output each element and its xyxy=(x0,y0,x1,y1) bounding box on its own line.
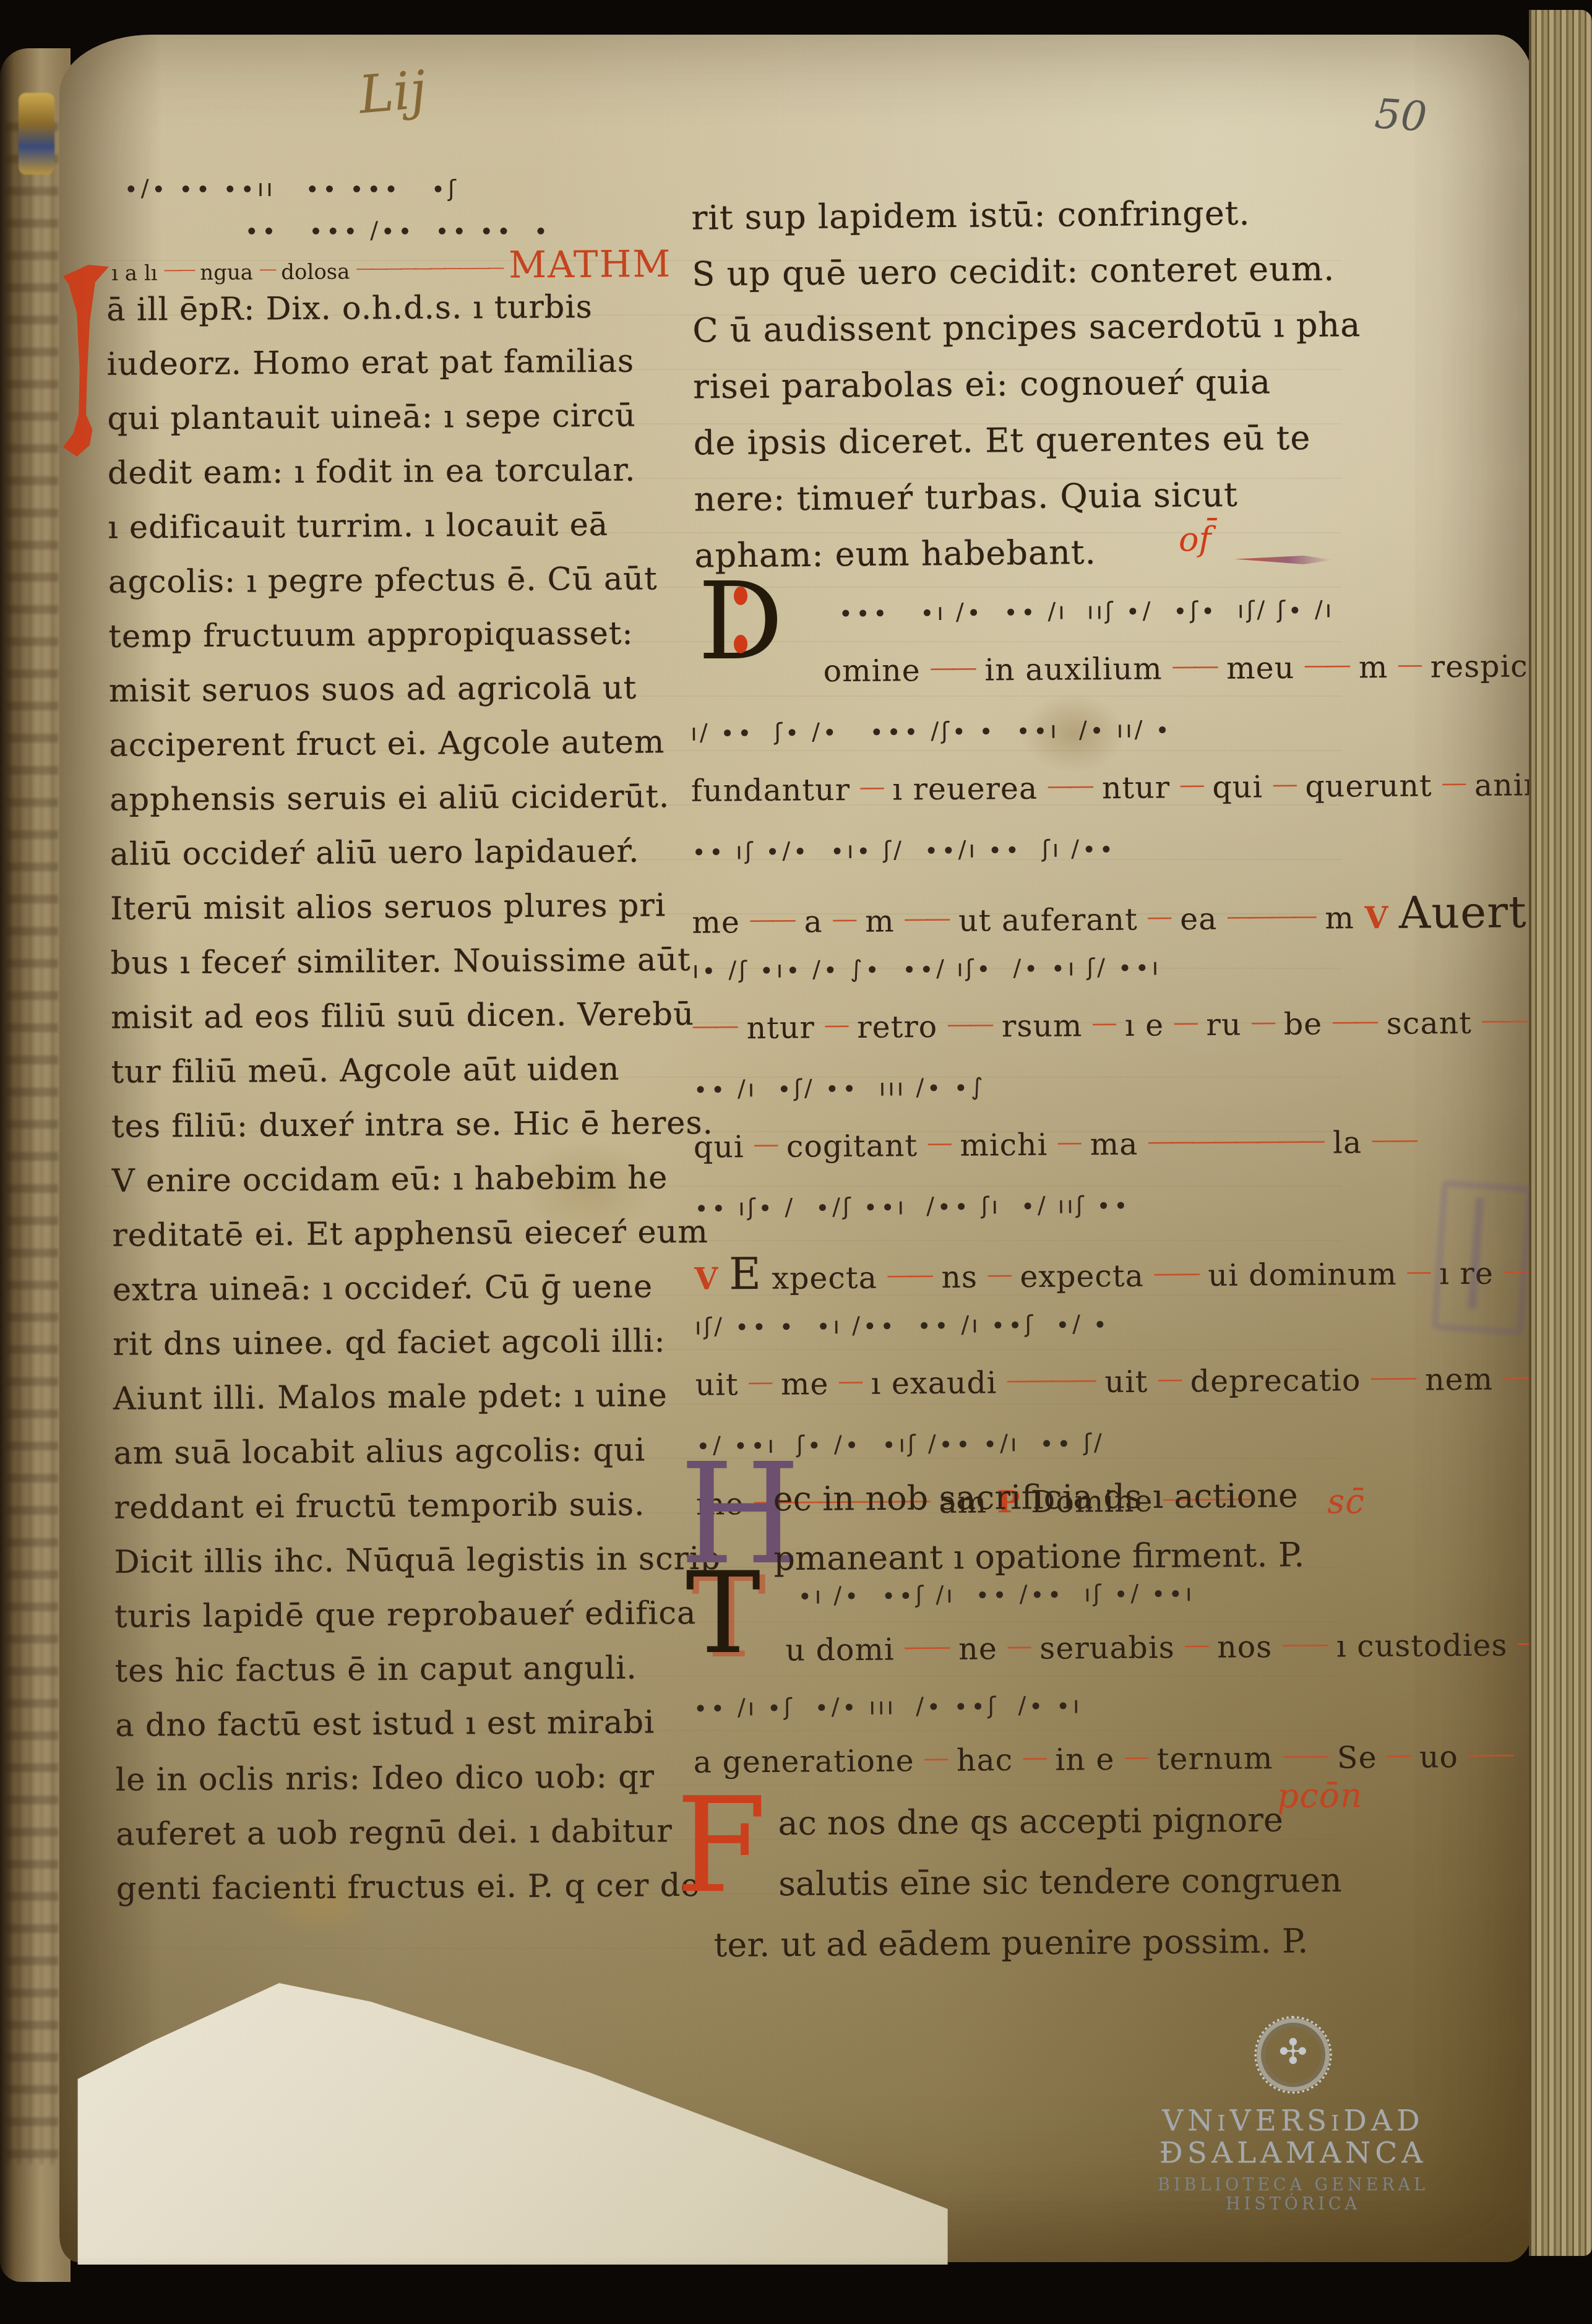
chant-text-line: u domi ―― ne ― seruabis ― nos ―― ı custo… xyxy=(692,1629,1358,1679)
red-filler-stroke: ―― xyxy=(1333,1008,1377,1035)
chant-word: ntur xyxy=(1102,770,1171,806)
chant-word: scant xyxy=(1387,1005,1472,1041)
manuscript-text-line: apphensis seruis ei aliū ciciderūt. xyxy=(110,770,667,827)
red-filler-stroke: ― xyxy=(1093,1010,1115,1037)
chant-entry: ∙ı ∕∙ ∙∙ʃ ∕ı ∙∙ ∕∙∙ ıʃ ∙∕ ∙∙ıu domi ―― n… xyxy=(692,1569,1358,1679)
chant-word: in auxilium xyxy=(984,651,1163,687)
page-stack-fore-edge xyxy=(1529,10,1592,2256)
chant-text-line: omine ―― in auxilium ―― meu ―― m ― respi… xyxy=(690,650,1356,704)
red-filler-stroke: ― xyxy=(1185,1632,1207,1659)
chant-word: me xyxy=(781,1366,829,1402)
red-filler-stroke: ―――― xyxy=(1228,903,1315,931)
manuscript-text-line: turis lapidē que reprobaueŕ edifica xyxy=(114,1586,672,1644)
chant-word: ı a lı xyxy=(111,261,158,286)
folio-number: 50 xyxy=(1373,90,1428,141)
postcommunio-prayer-lines: ac nos dne qs accepti pignoresalutis eīn… xyxy=(778,1789,1367,1976)
chant-entry: ∙∙ ∕ı ∙ʃ∕ ∙∙ ııı ∕∙ ∙∫qui ― cogitant ― m… xyxy=(693,1062,1359,1179)
red-filler-stroke: ― xyxy=(1407,1258,1429,1285)
chant-word: michi xyxy=(960,1127,1048,1163)
red-filler-stroke: ― xyxy=(1125,1744,1147,1771)
chant-word: ru xyxy=(1206,1007,1241,1043)
chant-entry: ∙∙ ıʃ∙ ∕ ∙∕ʃ ∙∙ı ∕∙∙ ʃı ∙∕ ııʃ ∙∙V E xpe… xyxy=(694,1181,1359,1298)
chant-word: ne xyxy=(958,1631,997,1666)
chant-word: expecta xyxy=(1020,1259,1144,1294)
chant-word: ntur xyxy=(746,1010,815,1046)
manuscript-text-line: nere: timueŕ turbas. Quia sicut xyxy=(694,465,1347,527)
chant-entry: ∙∙∙ ∙ı ∕∙ ∙∙ ∕ı ııʃ ∙∕ ∙ʃ∙ ıʃ∕ ʃ∙ ∕ıomin… xyxy=(690,587,1356,704)
red-filler-stroke: ― xyxy=(260,259,275,278)
chant-word: cogitant xyxy=(786,1128,918,1164)
manuscript-text-line: tes filiū: duxeŕ intra se. Hic ē heres. xyxy=(111,1096,669,1154)
neume-row: ∙∙ ∕ı ∙ʃ ∙∕∙ ııı ∕∙ ∙∙ʃ ∕∙ ∙ı xyxy=(693,1681,1359,1745)
red-filler-stroke: ― xyxy=(833,906,855,933)
manuscript-text-line: ı edificauit turrim. ı locauit eā xyxy=(108,497,665,555)
red-filler-stroke: ― xyxy=(825,1012,847,1039)
chant-word: in e xyxy=(1055,1742,1114,1778)
red-filler-stroke: ― xyxy=(1398,652,1421,679)
neume-row: ı∙ ∕ʃ ∙ı∙ ∕∙ ∫∙ ∙∙∕ ıʃ∙ ∕∙ ∙ı ʃ∕ ∙∙ı xyxy=(692,943,1358,1011)
red-filler-stroke: ― xyxy=(1273,771,1295,798)
neume-row: ∙∕∙ ∙∙ ∙∙ıı ∙∙ ∙∙∙ ∙ʃ xyxy=(124,174,458,202)
chant-word: ut auferant xyxy=(958,902,1138,939)
chant-word: dolosa xyxy=(281,259,350,285)
red-filler-stroke: ―― xyxy=(905,1633,949,1661)
red-versicle-mark: V xyxy=(1364,900,1388,936)
red-filler-stroke: ― xyxy=(860,774,882,801)
red-filler-stroke: ― xyxy=(1007,1633,1030,1660)
chant-word: nos xyxy=(1217,1629,1273,1665)
neume-row: ∙∙∙ ∙ı ∕∙ ∙∙ ∕ı ııʃ ∙∕ ∙ʃ∙ ıʃ∕ ʃ∙ ∕ı xyxy=(690,587,1356,655)
manuscript-text-line: rit sup lapidem istū: confringet. xyxy=(691,184,1345,246)
chant-word: m xyxy=(1359,650,1388,685)
watermark-line-3: BIBLIOTECA GENERAL HISTÓRICA xyxy=(1142,2176,1445,2214)
manuscript-text-line: aliū occideŕ aliū uero lapidaueŕ. xyxy=(110,824,667,882)
chant-word: ea xyxy=(1180,902,1218,937)
red-filler-stroke: ―― xyxy=(1482,1007,1526,1034)
manuscript-text-line: salutis eīne sic tendere congruen xyxy=(778,1850,1367,1915)
chant-word: me xyxy=(692,905,740,940)
chant-word: m xyxy=(1325,900,1354,936)
neume-row: ı∕ ∙∙ ʃ∙ ∕∙ ∙∙∙ ∕ʃ∙ ∙ ∙∙ı ∕∙ ıı∕ ∙ xyxy=(691,705,1356,773)
red-filler-stroke: ―― xyxy=(164,260,193,279)
manuscript-text-line: tes hic factus ē in caput anguli. xyxy=(114,1641,672,1698)
manuscript-text-line: bus ı feceŕ similiter. Nouissime aūt xyxy=(110,933,668,991)
chant-word: nem xyxy=(1425,1362,1493,1398)
chant-word: ns xyxy=(941,1260,978,1295)
manuscript-text-line: genti facienti fructus ei. P. q cer de xyxy=(116,1859,674,1916)
red-filler-stroke: ― xyxy=(1442,770,1465,797)
red-filler-stroke: ― xyxy=(1058,1129,1080,1156)
red-filler-stroke: ― xyxy=(1387,1742,1409,1769)
chant-word: qui xyxy=(694,1129,744,1165)
red-filler-stroke: ―――――――― xyxy=(1148,1127,1323,1156)
chant-text-line: qui ― cogitant ― michi ― ma ―――――――― la … xyxy=(694,1125,1359,1179)
chant-word: ternum xyxy=(1156,1741,1273,1776)
chant-word: ngua xyxy=(200,260,253,286)
chant-entry: ∙∙ ∕ı ∙ʃ ∙∕∙ ııı ∕∙ ∙∙ʃ ∕∙ ∙ıa generatio… xyxy=(693,1681,1359,1791)
red-filler-stroke: ― xyxy=(754,1131,777,1158)
chant-word: omine xyxy=(823,653,921,689)
manuscript-text-line: a dno factū est istud ı est mirabi xyxy=(115,1695,673,1753)
chant-word: Se xyxy=(1337,1740,1377,1775)
manuscript-text-line: qui plantauit uineā: ı sepe circū xyxy=(107,389,665,446)
manuscript-text-line: Aiunt illi. Malos male pdet: ı uine xyxy=(113,1369,671,1426)
red-filler-stroke: ― xyxy=(1023,1744,1045,1771)
red-filler-stroke: ―― xyxy=(931,655,975,682)
right-text-column: rit sup lapidem istū: confringet.S up qu… xyxy=(691,184,1348,583)
manuscript-photo: Lij 50 ∙∕∙ ∙∙ ∙∙ıı ∙∙ ∙∙∙ ∙ʃ ∙∙ ∙∙∙ ∕∙∙ … xyxy=(0,0,1592,2324)
manuscript-text-line: le in oclis nris: Ideo dico uob: qr xyxy=(115,1750,673,1807)
manuscript-text-line: misit ad eos filiū suū dicen. Verebū xyxy=(111,988,668,1045)
manuscript-text-line: apham: eum habebant. xyxy=(694,522,1348,583)
red-filler-stroke: ― xyxy=(927,1130,950,1157)
manuscript-text-line: ac nos dne qs accepti pignore xyxy=(778,1789,1366,1854)
chant-text-line: uit ― me ― ı exaudi ―――― uit ― deprecati… xyxy=(695,1362,1361,1417)
red-filler-stroke: ― xyxy=(1180,772,1202,799)
chant-word: querunt xyxy=(1305,768,1432,804)
quire-mark: Lij xyxy=(356,59,429,125)
manuscript-text-line: misit seruos suos ad agricolā ut xyxy=(109,661,666,718)
chant-word: rsum xyxy=(1002,1008,1083,1044)
manuscript-text-line: Dicit illis ihc. Nūquā legistis in scrip xyxy=(114,1532,671,1590)
red-versicle-mark: V xyxy=(694,1260,718,1296)
red-filler-stroke: ― xyxy=(1148,903,1170,931)
red-filler-stroke: ―― xyxy=(1305,652,1349,679)
manuscript-text-line: reditatē ei. Et apphensū eieceŕ eum xyxy=(112,1205,669,1263)
manuscript-text-line: dedit eam: ı fodit in ea torcular. xyxy=(108,443,665,501)
manuscript-text-line: Iterū misit alios seruos plures pri xyxy=(110,879,668,936)
manuscript-text-line: iudeorz. Homo erat pat familias xyxy=(106,334,664,392)
neume-row: ıʃ∕ ∙∙ ∙ ∙ı ∕∙∙ ∙∙ ∕ı ∙∙ʃ ∙∕ ∙ xyxy=(695,1299,1361,1367)
manuscript-text-line: rit dns uinee. qd faciet agcoli illi: xyxy=(113,1314,670,1372)
manuscript-text-line: extra uineā: ı occideŕ. Cū ḡ uene xyxy=(113,1260,670,1317)
chant-word: fundantur xyxy=(691,772,850,809)
left-text-column: ā ill ēpR: Dix. o.h.d.s. ı turbisiudeorz… xyxy=(106,280,673,1916)
manuscript-text-line: S up quē uero cecidit: conteret eum. xyxy=(692,240,1345,302)
red-filler-stroke: ― xyxy=(988,1261,1010,1288)
previous-folio-text-sliver xyxy=(6,123,58,2164)
red-filler-stroke: ―― xyxy=(1154,1260,1198,1287)
manuscript-text-line: risei parabolas ei: cognoueŕ quia xyxy=(693,353,1346,415)
red-filler-stroke: ―― xyxy=(1468,1741,1512,1768)
chant-word: qui xyxy=(1212,769,1263,805)
watermark-line-2: ĐSALAMANCA xyxy=(1142,2137,1445,2169)
red-filler-stroke: ―― xyxy=(1048,772,1092,799)
manuscript-text-line: tur filiū meū. Agcole aūt uiden xyxy=(111,1042,668,1100)
red-filler-stroke: ―― xyxy=(905,905,949,932)
chant-text-line: V E xpecta ―― ns ― expecta ―― ui dominum… xyxy=(694,1244,1360,1298)
neume-row: ∙∙ ıʃ∙ ∕ ∙∕ʃ ∙∙ı ∕∙∙ ʃı ∙∕ ııʃ ∙∙ xyxy=(694,1181,1359,1249)
chant-word: ui dominum xyxy=(1208,1257,1397,1293)
chant-word: ı e xyxy=(1125,1007,1164,1043)
red-initial-f: F xyxy=(676,1787,767,1904)
chant-word: m xyxy=(865,903,895,939)
neume-row: ∙∙ ıʃ ∙∕∙ ∙ı∙ ʃ∕ ∙∙∕ı ∙∙ ʃı ∕∙∙ xyxy=(691,824,1357,892)
chant-word: retro xyxy=(857,1009,937,1045)
red-filler-stroke: ―― xyxy=(887,1262,931,1289)
red-filler-stroke: ―― xyxy=(692,1012,736,1039)
manuscript-text-line: reddant ei fructū temporib suis. xyxy=(114,1478,671,1535)
spine-headband xyxy=(19,93,54,174)
manuscript-text-line: C ū audissent pncipes sacerdotū ı pha xyxy=(692,296,1346,358)
red-filler-stroke: ―― xyxy=(1283,1631,1327,1658)
chant-word: ı custodies xyxy=(1336,1628,1508,1664)
red-filler-stroke: ― xyxy=(1252,1009,1274,1036)
chant-capital: E xyxy=(729,1248,762,1299)
chant-word: be xyxy=(1284,1007,1323,1042)
chant-text-line: me ―― a ― m ―― ut auferant ― ea ―――― m V… xyxy=(692,887,1358,942)
manuscript-text-line: am suā locabit alius agcolis: qui xyxy=(113,1423,671,1481)
chant-word: hac xyxy=(957,1742,1013,1778)
red-filler-stroke: ―― xyxy=(1372,1127,1416,1154)
manuscript-text-line: acciperent fruct ei. Agcole autem xyxy=(109,715,666,773)
neume-row: ∙ı ∕∙ ∙∙ʃ ∕ı ∙∙ ∕∙∙ ıʃ ∙∕ ∙∙ı xyxy=(692,1569,1358,1633)
offertory-rubric: of̄ xyxy=(1179,520,1211,559)
red-filler-stroke: ―― xyxy=(1283,1742,1327,1770)
chant-word: ma xyxy=(1090,1127,1138,1163)
chant-word: la xyxy=(1333,1125,1362,1160)
chant-word: ı exaudi xyxy=(871,1365,997,1401)
manuscript-text-line: ec in nob sacrificia ds ı actione xyxy=(773,1466,1355,1530)
chant-entry: ∙∙ ıʃ ∙∕∙ ∙ı∙ ʃ∕ ∙∙∕ı ∙∙ ʃı ∕∙∙me ―― a ―… xyxy=(691,824,1357,942)
manuscript-text-line: auferet a uob regnū dei. ı dabitur xyxy=(116,1804,673,1862)
chant-text-line: a generatione ― hac ― in e ― ternum ―― S… xyxy=(694,1740,1359,1791)
neume-row: ∙∙ ∕ı ∙ʃ∕ ∙∙ ııı ∕∙ ∙∫ xyxy=(693,1062,1359,1130)
red-filler-stroke: ―――――――――― xyxy=(356,258,502,278)
chant-entry: ı∕ ∙∙ ʃ∙ ∕∙ ∙∙∙ ∕ʃ∙ ∙ ∙∙ı ∕∙ ıı∕ ∙fundan… xyxy=(691,705,1356,823)
watermark-line-1: VNiVERSiDAD xyxy=(1142,2105,1445,2137)
communio-chant-block: ∙ı ∕∙ ∙∙ʃ ∕ı ∙∙ ∕∙∙ ıʃ ∙∕ ∙∙ıu domi ―― n… xyxy=(692,1569,1359,1819)
chant-word: uo xyxy=(1419,1739,1458,1775)
offertory-chant-block: ∙∙∙ ∙ı ∕∙ ∙∙ ∕ı ııʃ ∙∕ ∙ʃ∙ ıʃ∕ ʃ∙ ∕ıomin… xyxy=(690,587,1362,1541)
chant-word: u domi xyxy=(785,1632,895,1668)
red-filler-stroke: ― xyxy=(1158,1366,1181,1393)
chant-word: a xyxy=(804,904,823,939)
chant-text-line: ―― ntur ― retro ―― rsum ― ı e ― ru ― be … xyxy=(692,1006,1358,1061)
manuscript-text-line: ā ill ēpR: Dix. o.h.d.s. ı turbis xyxy=(106,280,664,337)
manuscript-text-line: V enire occidam eū: ı habebim he xyxy=(112,1151,669,1208)
red-filler-stroke: ― xyxy=(749,1369,771,1396)
manuscript-text-line: ter. ut ad eādem puenire possim. P. xyxy=(713,1911,1367,1976)
red-filler-stroke: ― xyxy=(839,1368,861,1395)
red-filler-stroke: ―― xyxy=(1172,653,1216,680)
manuscript-text-line: agcolis: ı pegre pfectus ē. Cū aūt xyxy=(108,552,666,609)
chant-entry: ı∙ ∕ʃ ∙ı∙ ∕∙ ∫∙ ∙∙∕ ıʃ∙ ∕∙ ∙ı ʃ∕ ∙∙ı―― n… xyxy=(692,943,1358,1061)
chant-entry: ıʃ∕ ∙∙ ∙ ∙ı ∕∙∙ ∙∙ ∕ı ∙∙ʃ ∙∕ ∙uit ― me ―… xyxy=(695,1299,1361,1417)
university-seal-icon xyxy=(1254,2016,1332,2094)
manuscript-text-line: de ipsis diceret. Et querentes eū te xyxy=(693,409,1346,471)
chant-word: seruabis xyxy=(1039,1630,1175,1666)
chant-word: deprecatio xyxy=(1190,1362,1361,1399)
red-filler-stroke: ―― xyxy=(1371,1364,1415,1392)
chant-word: uit xyxy=(1104,1364,1148,1400)
red-filler-stroke: ―――― xyxy=(1007,1366,1095,1394)
manuscript-text-line: temp fructuum appropiquasset: xyxy=(108,606,666,664)
red-filler-stroke: ― xyxy=(924,1745,947,1772)
chant-word: ı reuerea xyxy=(892,771,1038,807)
red-filler-stroke: ― xyxy=(1174,1009,1196,1036)
chant-text-line: fundantur ― ı reuerea ―― ntur ― qui ― qu… xyxy=(691,768,1357,823)
chant-word: xpecta xyxy=(772,1260,877,1296)
red-filler-stroke: ―― xyxy=(948,1010,992,1038)
library-watermark: VNiVERSiDAD ĐSALAMANCA BIBLIOTECA GENERA… xyxy=(1142,2016,1445,2214)
faint-library-stamp xyxy=(1432,1180,1534,1336)
neume-row: ∙∙ ∙∙∙ ∕∙∙ ∙∙ ∙∙ ∙ xyxy=(244,217,551,244)
red-filler-stroke: ―― xyxy=(750,906,794,934)
chant-word: meu xyxy=(1226,650,1294,686)
chant-word: uit xyxy=(695,1367,738,1402)
